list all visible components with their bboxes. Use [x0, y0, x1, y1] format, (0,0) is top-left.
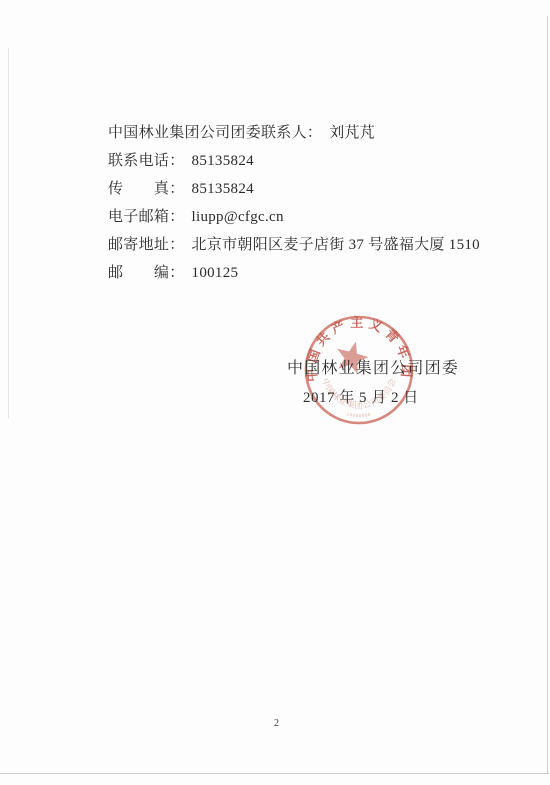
- contact-postcode-line: 邮 编：100125: [108, 259, 480, 287]
- contact-person-line: 中国林业集团公司团委联系人：刘芃芃: [108, 119, 480, 147]
- contact-fax-label: 传 真：: [108, 181, 185, 197]
- signature-date: 2017 年 5 月 2 日: [303, 386, 419, 407]
- contact-postcode-value: 100125: [192, 265, 239, 281]
- contact-phone-line: 联系电话：85135824: [108, 147, 480, 175]
- contact-person-label: 中国林业集团公司团委联系人：: [108, 125, 322, 141]
- seal-serial-number: 10000000: [346, 411, 371, 418]
- contact-fax-value: 85135824: [192, 181, 254, 197]
- scan-edge-left: [8, 48, 9, 418]
- scan-edge-right: [547, 16, 548, 774]
- page-number: 2: [274, 718, 279, 729]
- contact-phone-label: 联系电话：: [108, 153, 185, 169]
- signature-organization: 中国林业集团公司团委: [287, 355, 459, 378]
- contact-info-block: 中国林业集团公司团委联系人：刘芃芃 联系电话：85135824 传 真：8513…: [108, 119, 480, 287]
- scan-edge-bottom: [0, 773, 549, 774]
- contact-fax-line: 传 真：85135824: [108, 175, 480, 203]
- contact-phone-value: 85135824: [192, 153, 254, 169]
- scanned-document-page: 中国林业集团公司团委联系人：刘芃芃 联系电话：85135824 传 真：8513…: [0, 0, 550, 785]
- contact-email-label: 电子邮箱：: [108, 209, 185, 225]
- contact-email-line: 电子邮箱：liupp@cfgc.cn: [108, 203, 480, 231]
- contact-postcode-label: 邮 编：: [108, 265, 185, 281]
- contact-address-label: 邮寄地址：: [108, 237, 185, 253]
- contact-address-line: 邮寄地址：北京市朝阳区麦子店街 37 号盛福大厦 1510: [108, 231, 480, 259]
- contact-address-value: 北京市朝阳区麦子店街 37 号盛福大厦 1510: [192, 237, 480, 253]
- contact-person-name: 刘芃芃: [329, 125, 375, 141]
- contact-email-value: liupp@cfgc.cn: [192, 209, 284, 225]
